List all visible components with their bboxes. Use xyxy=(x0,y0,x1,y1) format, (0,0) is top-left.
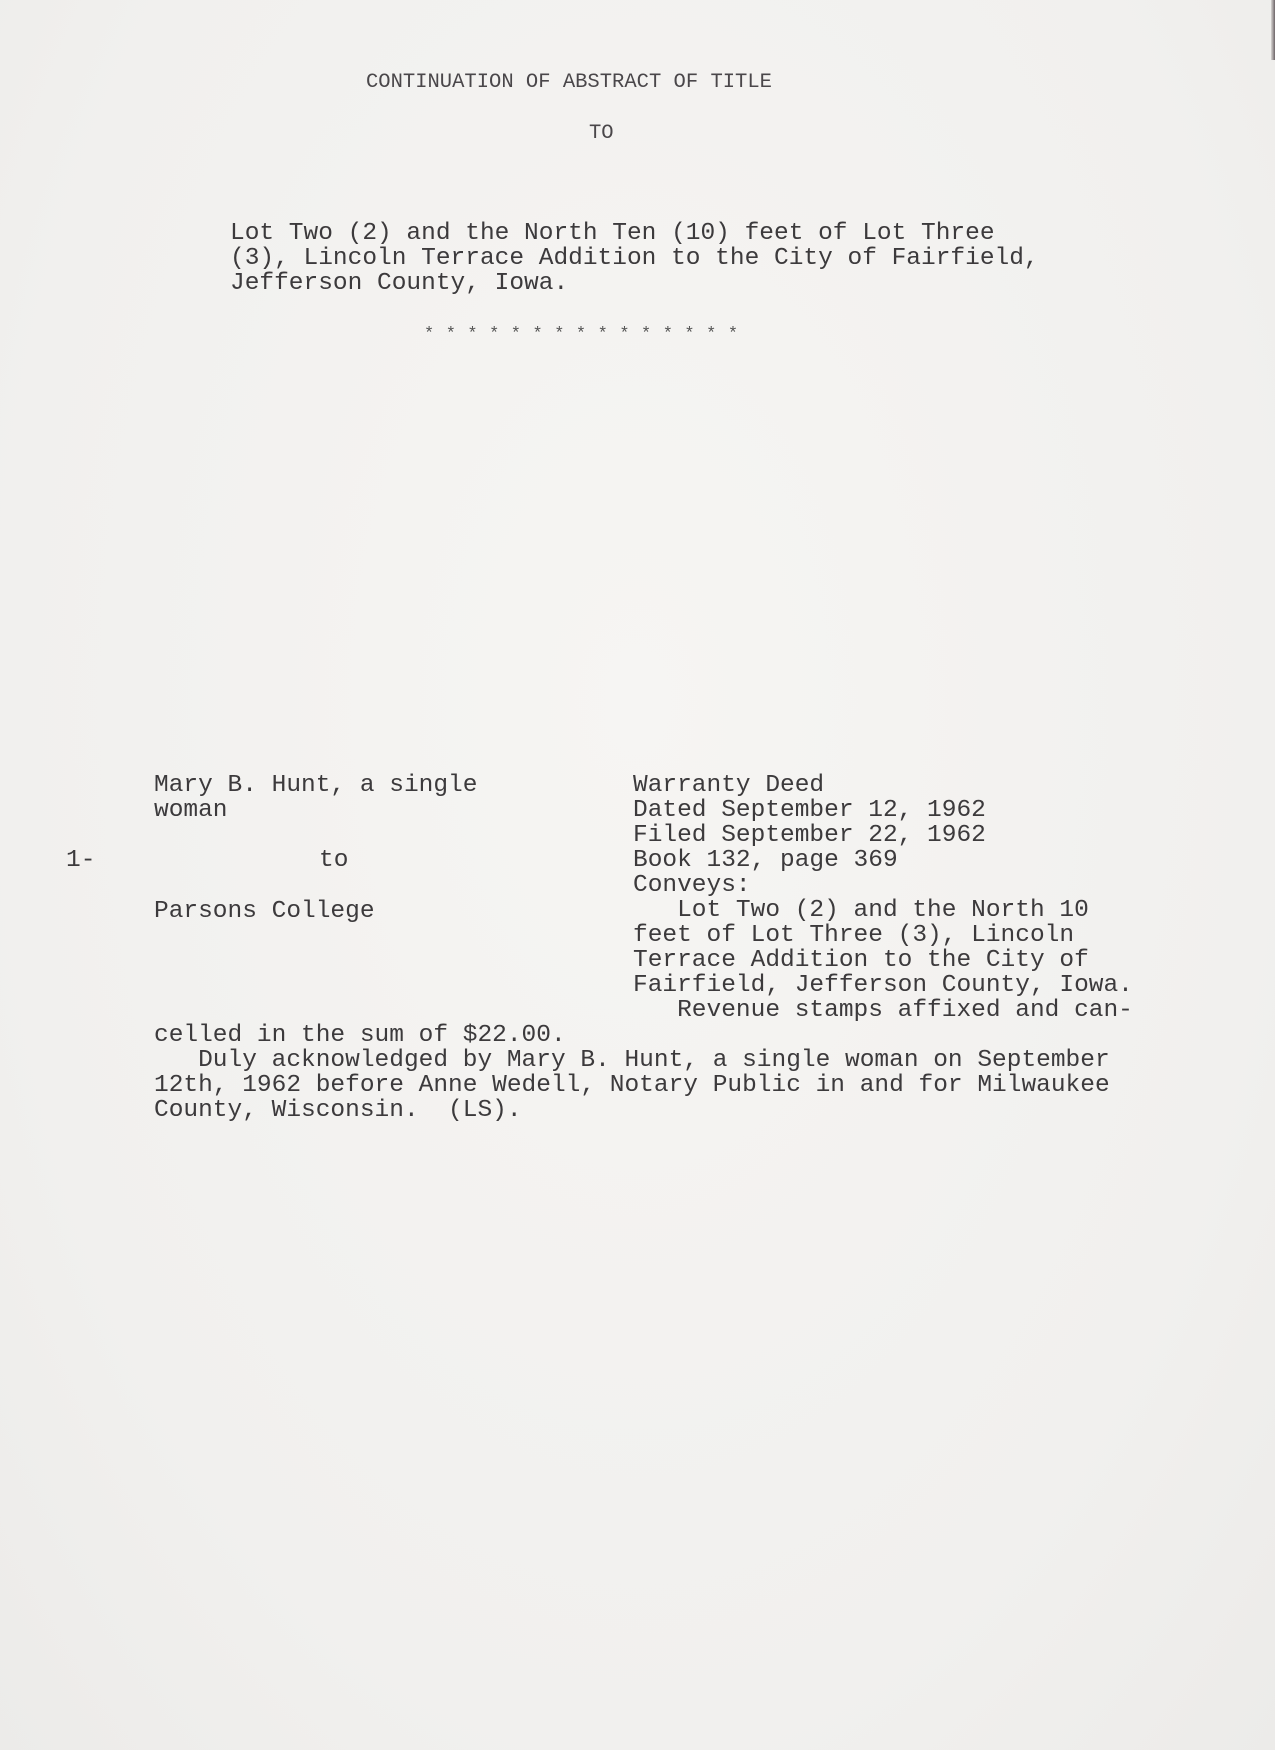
instrument-line: Filed September 22, 1962 xyxy=(633,823,1133,848)
entry-number: 1- xyxy=(66,848,95,873)
instrument-line: Revenue stamps affixed and can- xyxy=(633,998,1133,1023)
grantor-line: Mary B. Hunt, a single xyxy=(154,773,477,798)
instrument-line: Dated September 12, 1962 xyxy=(633,798,1133,823)
document-title: CONTINUATION OF ABSTRACT OF TITLE xyxy=(366,70,772,95)
notes-line: 12th, 1962 before Anne Wedell, Notary Pu… xyxy=(154,1073,1110,1098)
property-description: Lot Two (2) and the North Ten (10) feet … xyxy=(230,221,1039,296)
notes-line: Duly acknowledged by Mary B. Hunt, a sin… xyxy=(154,1048,1110,1073)
instrument-line: Warranty Deed xyxy=(633,773,1133,798)
instrument-line: Terrace Addition to the City of xyxy=(633,948,1133,973)
entry-grantee: Parsons College xyxy=(154,899,375,924)
separator-asterisks: *************** xyxy=(424,322,750,347)
page-edge-shadow xyxy=(1271,0,1275,60)
instrument-line: Lot Two (2) and the North 10 xyxy=(633,898,1133,923)
instrument-line: Conveys: xyxy=(633,873,1133,898)
notes-line: County, Wisconsin. (LS). xyxy=(154,1098,1110,1123)
document-title-to: TO xyxy=(589,121,614,146)
notes-line: celled in the sum of $22.00. xyxy=(154,1023,1110,1048)
entry-connector: to xyxy=(319,848,348,873)
instrument-line: feet of Lot Three (3), Lincoln xyxy=(633,923,1133,948)
entry-notes: celled in the sum of $22.00. Duly acknow… xyxy=(154,1023,1110,1123)
entry-grantor: Mary B. Hunt, a single woman xyxy=(154,773,477,823)
property-description-line: Lot Two (2) and the North Ten (10) feet … xyxy=(230,221,1039,246)
instrument-line: Book 132, page 369 xyxy=(633,848,1133,873)
entry-instrument: Warranty Deed Dated September 12, 1962 F… xyxy=(633,773,1133,1023)
grantor-line: woman xyxy=(154,798,477,823)
property-description-line: Jefferson County, Iowa. xyxy=(230,271,1039,296)
property-description-line: (3), Lincoln Terrace Addition to the Cit… xyxy=(230,246,1039,271)
instrument-line: Fairfield, Jefferson County, Iowa. xyxy=(633,973,1133,998)
